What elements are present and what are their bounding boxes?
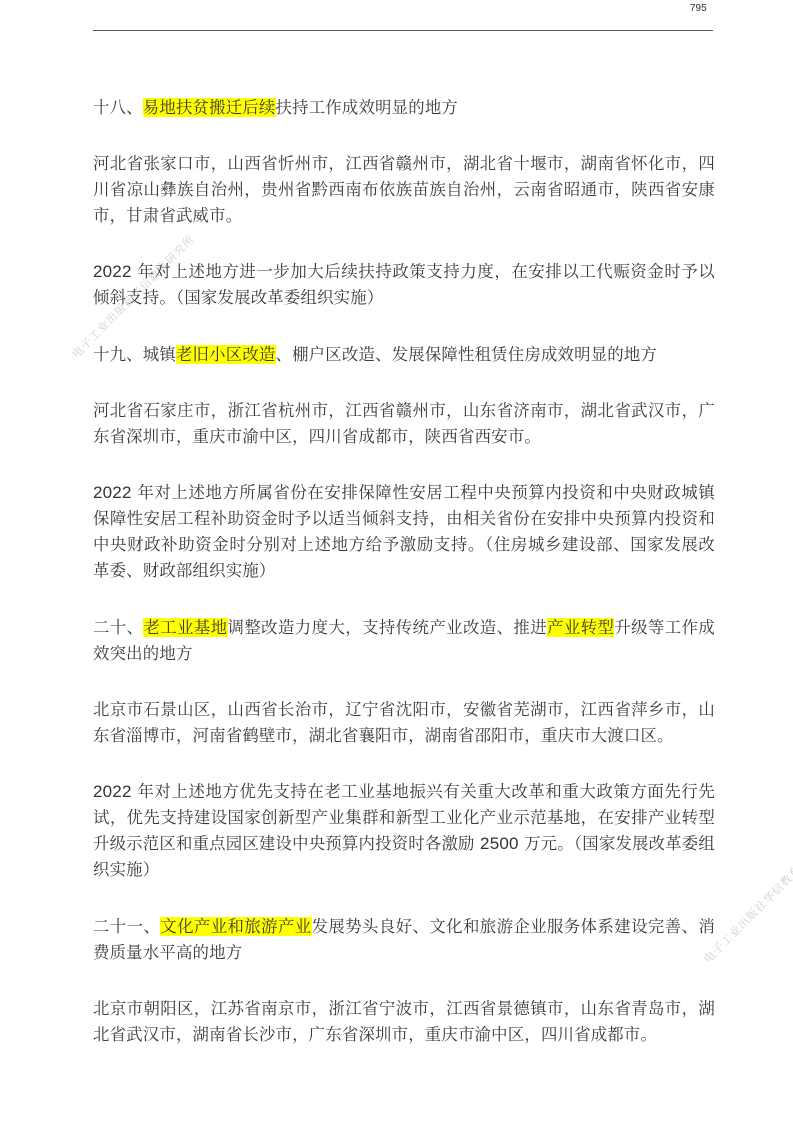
places-list-18: 河北省张家口市，山西省忻州市，江西省赣州市，湖北省十堰市，湖南省怀化市，四川省凉…: [93, 151, 715, 229]
places-list-19: 河北省石家庄市，浙江省杭州市，江西省赣州市，山东省济南市，湖北省武汉市，广东省深…: [93, 398, 715, 450]
highlight: 老旧小区改造: [176, 345, 276, 364]
policy-paragraph-19: 2022 年对上述地方所属省份在安排保障性安居工程中央预算内投资和中央财政城镇保…: [93, 480, 715, 584]
header-rule: [93, 30, 713, 31]
section-heading-19: 十九、城镇老旧小区改造、棚户区改造、发展保障性租赁住房成效明显的地方: [93, 342, 715, 368]
page-number: 795: [690, 3, 707, 14]
document-body: 十八、易地扶贫搬迁后续扶持工作成效明显的地方 河北省张家口市，山西省忻州市，江西…: [93, 95, 715, 1048]
places-list-21: 北京市朝阳区，江苏省南京市，浙江省宁波市，江西省景德镇市，山东省青岛市，湖北省武…: [93, 996, 715, 1048]
section-heading-20: 二十、老工业基地调整改造力度大，支持传统产业改造、推进产业转型升级等工作成效突出…: [93, 615, 715, 667]
policy-paragraph-18: 2022 年对上述地方进一步加大后续扶持政策支持力度，在安排以工代赈资金时予以倾…: [93, 259, 715, 311]
highlight: 老工业基地: [143, 618, 227, 637]
section-heading-18: 十八、易地扶贫搬迁后续扶持工作成效明显的地方: [93, 95, 715, 121]
highlight: 文化产业和旅游产业: [160, 917, 311, 936]
section-heading-21: 二十一、文化产业和旅游产业发展势头良好、文化和旅游企业服务体系建设完善、消费质量…: [93, 914, 715, 966]
highlight: 易地扶贫搬迁后续: [143, 98, 276, 117]
policy-paragraph-20: 2022 年对上述地方优先支持在老工业基地振兴有关重大改革和重大政策方面先行先试…: [93, 779, 715, 883]
highlight: 产业转型: [547, 618, 614, 637]
places-list-20: 北京市石景山区，山西省长治市，辽宁省沈阳市，安徽省芜湖市，江西省萍乡市，山东省淄…: [93, 697, 715, 749]
